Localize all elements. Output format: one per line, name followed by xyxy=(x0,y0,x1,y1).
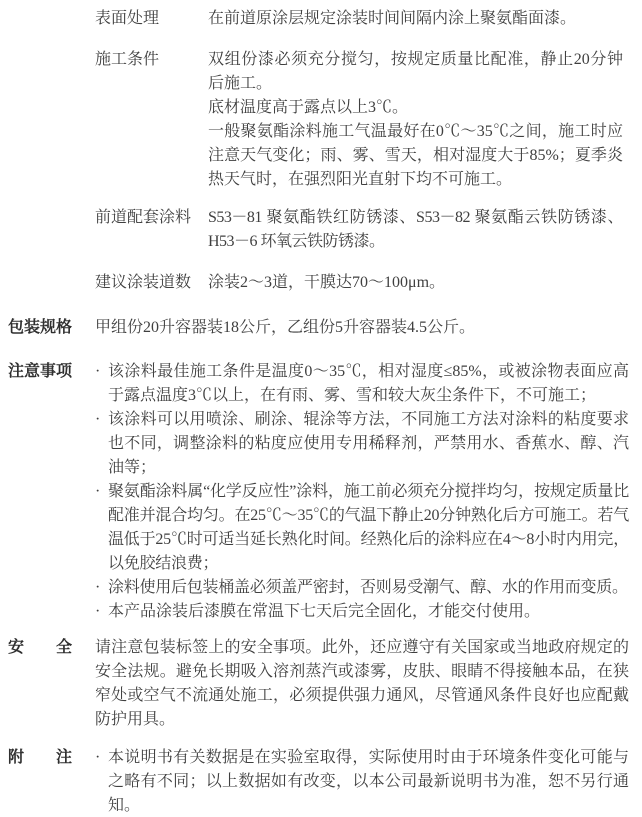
paragraph: 一般聚氨酯涂料施工气温最好在0℃～35℃之间，施工时应注意天气变化；雨、雾、雪天… xyxy=(208,120,623,192)
paragraph: 请注意包装标签上的安全事项。此外，还应遵守有关国家或当地政府规定的安全法规。避免… xyxy=(95,636,629,732)
spec-label-surface-treatment: 表面处理 xyxy=(95,7,208,31)
bullet-list-remark: · 本说明书有关数据是在实验室取得，实际使用时由于环境条件变化可能与之略有不同；… xyxy=(95,746,629,817)
spec-label-application-conditions: 施工条件 xyxy=(95,48,208,192)
bullet-list-precautions: · 该涂料最佳施工条件是温度0～35℃，相对湿度≤85%，或被涂物表面应高于露点… xyxy=(95,360,629,624)
spec-content-recommended-coats: 涂装2～3道，干膜达70～100μm。 xyxy=(208,271,623,295)
outer-label-spacer xyxy=(8,7,95,31)
spec-content-application-conditions: 双组份漆必须充分搅匀，按规定质量比配准，静止20分钟后施工。 底材温度高于露点以… xyxy=(208,48,623,192)
list-item-text: 涂料使用后包装桶盖必须盖严密封，否则易受潮气、醇、水的作用而变质。 xyxy=(108,576,629,600)
spec-row-recommended-coats: 建议涂装道数 涂装2～3道，干膜达70～100μm。 xyxy=(8,271,642,295)
paragraph: 涂装2～3道，干膜达70～100μm。 xyxy=(208,271,623,295)
list-item: · 聚氨酯涂料属“化学反应性”涂料，施工前必须充分搅拌均匀，按规定质量比配准并混… xyxy=(95,480,629,576)
bullet-icon: · xyxy=(95,360,108,408)
bullet-icon: · xyxy=(95,600,108,624)
list-item: · 涂料使用后包装桶盖必须盖严密封，否则易受潮气、醇、水的作用而变质。 xyxy=(95,576,629,600)
bullet-icon: · xyxy=(95,480,108,576)
list-item: · 本说明书有关数据是在实验室取得，实际使用时由于环境条件变化可能与之略有不同；… xyxy=(95,746,629,817)
section-label-precautions: 注意事项 xyxy=(8,360,95,624)
bullet-icon: · xyxy=(95,746,108,817)
paragraph: 甲组份20升容器装18公斤，乙组份5升容器装4.5公斤。 xyxy=(95,316,629,340)
section-label-safety: 安 全 xyxy=(8,636,95,732)
spec-row-surface-treatment: 表面处理 在前道原涂层规定涂装时间间隔内涂上聚氨酯面漆。 xyxy=(8,7,642,31)
list-item-text: 该涂料可以用喷涂、刷涂、辊涂等方法，不同施工方法对涂料的粘度要求也不同，调整涂料… xyxy=(108,408,629,480)
outer-label-spacer xyxy=(8,206,95,254)
paragraph: 在前道原涂层规定涂装时间间隔内涂上聚氨酯面漆。 xyxy=(208,7,623,31)
spec-content-surface-treatment: 在前道原涂层规定涂装时间间隔内涂上聚氨酯面漆。 xyxy=(208,7,623,31)
bullet-icon: · xyxy=(95,576,108,600)
section-safety: 安 全 请注意包装标签上的安全事项。此外，还应遵守有关国家或当地政府规定的安全法… xyxy=(8,636,642,732)
section-body-safety: 请注意包装标签上的安全事项。此外，还应遵守有关国家或当地政府规定的安全法规。避免… xyxy=(95,636,629,732)
spec-label-previous-coats: 前道配套涂料 xyxy=(95,206,208,254)
list-item: · 该涂料最佳施工条件是温度0～35℃，相对湿度≤85%，或被涂物表面应高于露点… xyxy=(95,360,629,408)
list-item-text: 聚氨酯涂料属“化学反应性”涂料，施工前必须充分搅拌均匀，按规定质量比配准并混合均… xyxy=(108,480,629,576)
section-precautions: 注意事项 · 该涂料最佳施工条件是温度0～35℃，相对湿度≤85%，或被涂物表面… xyxy=(8,360,642,624)
section-label-packing-spec: 包装规格 xyxy=(8,316,95,340)
spec-label-recommended-coats: 建议涂装道数 xyxy=(95,271,208,295)
paragraph: 双组份漆必须充分搅匀，按规定质量比配准，静止20分钟后施工。 xyxy=(208,48,623,96)
bullet-icon: · xyxy=(95,408,108,480)
paragraph: S53－81 聚氨酯铁红防锈漆、S53－82 聚氨酯云铁防锈漆、H53－6 环氧… xyxy=(208,206,623,254)
section-remark: 附 注 · 本说明书有关数据是在实验室取得，实际使用时由于环境条件变化可能与之略… xyxy=(8,746,642,817)
list-item: · 该涂料可以用喷涂、刷涂、辊涂等方法，不同施工方法对涂料的粘度要求也不同，调整… xyxy=(95,408,629,480)
list-item-text: 本说明书有关数据是在实验室取得，实际使用时由于环境条件变化可能与之略有不同；以上… xyxy=(108,746,629,817)
spec-row-application-conditions: 施工条件 双组份漆必须充分搅匀，按规定质量比配准，静止20分钟后施工。 底材温度… xyxy=(8,48,642,192)
section-packing-spec: 包装规格 甲组份20升容器装18公斤，乙组份5升容器装4.5公斤。 xyxy=(8,316,642,340)
spec-row-previous-coats: 前道配套涂料 S53－81 聚氨酯铁红防锈漆、S53－82 聚氨酯云铁防锈漆、H… xyxy=(8,206,642,254)
document-page: 表面处理 在前道原涂层规定涂装时间间隔内涂上聚氨酯面漆。 施工条件 双组份漆必须… xyxy=(0,0,642,817)
spec-content-previous-coats: S53－81 聚氨酯铁红防锈漆、S53－82 聚氨酯云铁防锈漆、H53－6 环氧… xyxy=(208,206,623,254)
outer-label-spacer xyxy=(8,271,95,295)
list-item: · 本产品涂装后漆膜在常温下七天后完全固化，才能交付使用。 xyxy=(95,600,629,624)
section-label-remark: 附 注 xyxy=(8,746,95,817)
outer-label-spacer xyxy=(8,48,95,192)
paragraph: 底材温度高于露点以上3℃。 xyxy=(208,96,623,120)
list-item-text: 该涂料最佳施工条件是温度0～35℃，相对湿度≤85%，或被涂物表面应高于露点温度… xyxy=(108,360,629,408)
list-item-text: 本产品涂装后漆膜在常温下七天后完全固化，才能交付使用。 xyxy=(108,600,629,624)
section-body-packing-spec: 甲组份20升容器装18公斤，乙组份5升容器装4.5公斤。 xyxy=(95,316,629,340)
